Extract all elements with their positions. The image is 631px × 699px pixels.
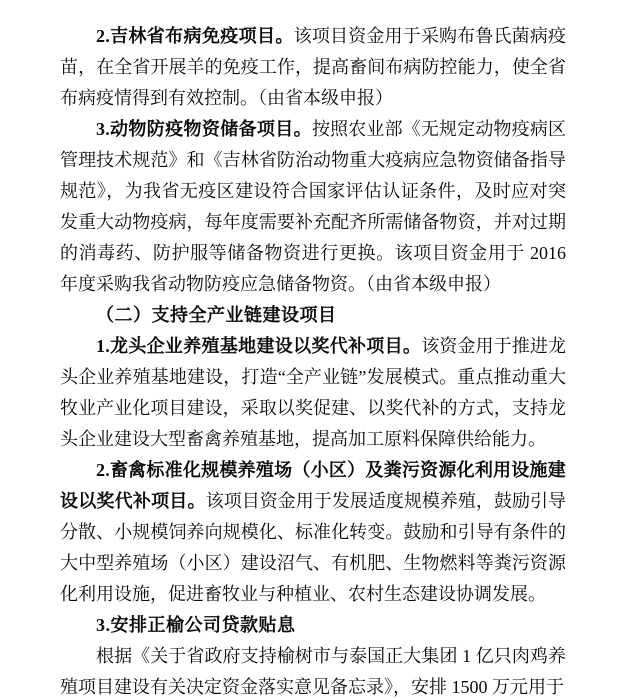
paragraph-jilin-brucellosis-immunization: 2.吉林省布病免疫项目。该项目资金用于采购布鲁氏菌病疫苗，在全省开展羊的免疫工作…	[60, 21, 566, 114]
paragraph-lead: 2.吉林省布病免疫项目。	[96, 26, 294, 46]
paragraph-lead: 1.龙头企业养殖基地建设以奖代补项目。	[96, 336, 421, 356]
paragraph-leading-enterprise-breeding-base: 1.龙头企业养殖基地建设以奖代补项目。该资金用于推进龙头企业养殖基地建设，打造“…	[60, 331, 566, 455]
heading-section-full-industry-chain: （二）支持全产业链建设项目	[60, 300, 566, 331]
heading-text: （二）支持全产业链建设项目	[96, 305, 337, 325]
paragraph-epidemic-supplies-reserve: 3.动物防疫物资储备项目。按照农业部《无规定动物疫病区管理技术规范》和《吉林省防…	[60, 114, 566, 300]
paragraph-text: 根据《关于省政府支持榆树市与泰国正大集团 1 亿只肉鸡养殖项目建设有关决定资金落…	[60, 646, 566, 697]
document-page: 2.吉林省布病免疫项目。该项目资金用于采购布鲁氏菌病疫苗，在全省开展羊的免疫工作…	[0, 0, 631, 699]
heading-text: 3.安排正榆公司贷款贴息	[96, 615, 296, 635]
heading-zhengyu-loan-interest-subsidy: 3.安排正榆公司贷款贴息	[60, 610, 566, 641]
paragraph-zhengyu-memorandum: 根据《关于省政府支持榆树市与泰国正大集团 1 亿只肉鸡养殖项目建设有关决定资金落…	[60, 641, 566, 699]
paragraph-lead: 3.动物防疫物资储备项目。	[96, 119, 312, 139]
paragraph-text: 按照农业部《无规定动物疫病区管理技术规范》和《吉林省防治动物重大疫病应急物资储备…	[60, 119, 566, 294]
paragraph-standardized-farm-manure-utilization: 2.畜禽标准化规模养殖场（小区）及粪污资源化利用设施建设以奖代补项目。该项目资金…	[60, 455, 566, 610]
document-body: 2.吉林省布病免疫项目。该项目资金用于采购布鲁氏菌病疫苗，在全省开展羊的免疫工作…	[60, 21, 566, 699]
